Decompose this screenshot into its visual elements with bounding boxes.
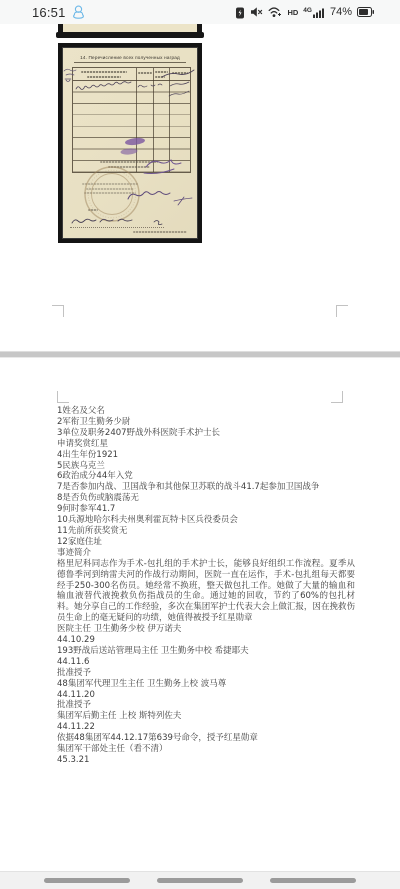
hd-icon: HD <box>287 8 298 17</box>
scanned-doc-paper: 14. Перечисление всех полученных наград <box>62 47 198 239</box>
signature-line: 48集团军代理卫生主任 卫生勤务上校 波马尊 <box>57 679 357 690</box>
field-line: 2军衔卫生勤务少尉 <box>57 417 357 428</box>
page1-corner-mark-right <box>336 305 348 317</box>
signatures <box>128 160 192 205</box>
status-bar: 16:51 <box>0 0 400 24</box>
battery-percent-label: 74% <box>330 6 352 18</box>
scanned-award-record-image[interactable]: 14. Перечисление всех полученных наград <box>58 43 202 243</box>
field-line: 12家庭住址 <box>57 537 357 548</box>
status-bar-right: HD 4G 74% <box>235 6 374 19</box>
nav-back-button[interactable] <box>270 878 356 883</box>
battery-icon <box>357 7 374 17</box>
battery-saver-icon <box>235 6 245 19</box>
field-line: 4出生年份1921 <box>57 450 357 461</box>
section-title: 事迹简介 <box>57 548 357 559</box>
nav-recent-button[interactable] <box>44 878 130 883</box>
signal-bars <box>313 6 325 18</box>
field-line: 5民族乌克兰 <box>57 461 357 472</box>
field-line: 8是否负伤或脑震荡无 <box>57 493 357 504</box>
signature-line: 193野战后送站管理局主任 卫生勤务中校 希捷耶夫 <box>57 646 357 657</box>
date-line: 45.3.21 <box>57 755 357 766</box>
approval-line: 批准授予 <box>57 700 357 711</box>
date-line: 44.11.6 <box>57 657 357 668</box>
order-line: 依据48集团军44.12.17第639号命令，授予红星勋章 <box>57 733 357 744</box>
android-nav-bar <box>0 871 400 889</box>
field-line: 3单位及职务2407野战外科医院手术护士长 <box>57 428 357 439</box>
nav-home-button[interactable] <box>157 878 243 883</box>
signature-line: 医院主任 卫生勤务少校 伊万诺夫 <box>57 624 357 635</box>
date-line: 44.11.22 <box>57 722 357 733</box>
signal-4g-icon: 4G <box>303 6 325 18</box>
round-stamp <box>85 167 139 221</box>
scanned-doc-previous-page-border <box>56 32 204 38</box>
qq-notification-icon <box>72 5 85 19</box>
field-line: 6政治成分44年入党 <box>57 471 357 482</box>
page2-corner-mark-right <box>331 391 343 403</box>
approval-line: 批准授予 <box>57 668 357 679</box>
wifi-icon <box>268 6 282 18</box>
document-viewer[interactable]: 14. Перечисление всех полученных наград <box>0 24 400 872</box>
phone-screen: 16:51 <box>0 0 400 889</box>
purple-ink-blots <box>120 137 145 155</box>
field-line: 10兵源地哈尔科夫州奥利霍瓦特卡区兵役委员会 <box>57 515 357 526</box>
network-type-label: 4G <box>303 7 312 14</box>
handwriting-and-stamp-overlay <box>62 47 198 239</box>
field-line: 申请奖赏红星 <box>57 439 357 450</box>
mute-icon <box>250 6 263 18</box>
translation-text: 1姓名及父名 2军衔卫生勤务少尉 3单位及职务2407野战外科医院手术护士长 申… <box>57 406 357 766</box>
signature-line: 集团军干部处主任（看不清） <box>57 744 357 755</box>
date-line: 44.10.29 <box>57 635 357 646</box>
page-separator <box>0 352 400 357</box>
field-line: 11先前所获奖赏无 <box>57 526 357 537</box>
field-line: 1姓名及父名 <box>57 406 357 417</box>
citation-paragraph: 格里尼科同志作为手术-包扎组的手术护士长，能够良好组织工作流程。夏季从德鲁季河到… <box>57 559 355 624</box>
date-line: 44.11.20 <box>57 690 357 701</box>
clock: 16:51 <box>32 5 66 20</box>
page1-corner-mark-left <box>52 305 64 317</box>
signature-line: 集团军后勤主任 上校 斯特列佐夫 <box>57 711 357 722</box>
status-bar-left: 16:51 <box>32 5 85 20</box>
field-line: 9何时参军41.7 <box>57 504 357 515</box>
field-line: 7是否参加内战、卫国战争和其他保卫苏联的战斗41.7起参加卫国战争 <box>57 482 357 493</box>
page2-corner-mark-left <box>57 391 69 403</box>
